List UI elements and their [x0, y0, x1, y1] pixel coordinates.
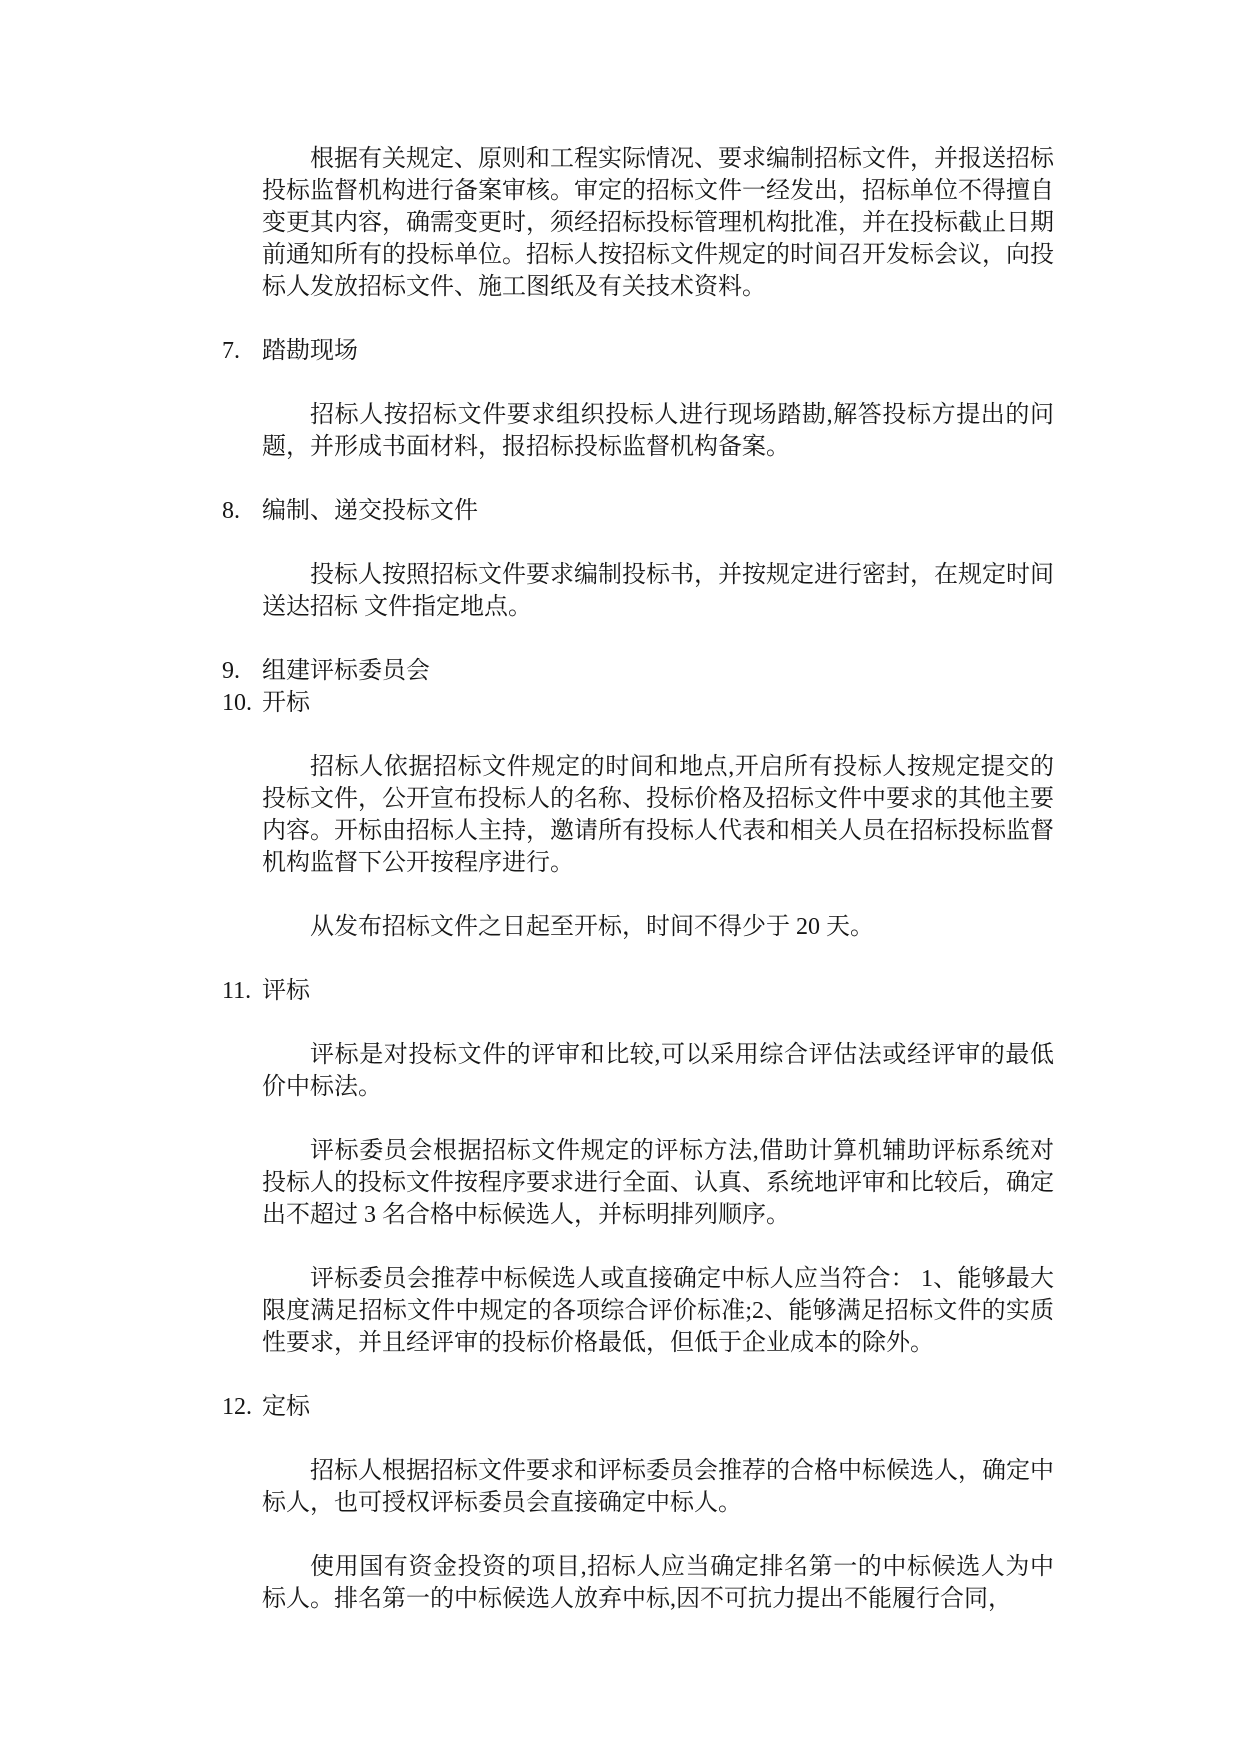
- section-8-title: 编制、递交投标文件: [262, 495, 478, 527]
- section-9-title: 组建评标委员会: [262, 655, 430, 687]
- section-10-paragraph-1: 招标人依据招标文件规定的时间和地点,开启所有投标人按规定提交的投标文件，公开宣布…: [262, 751, 1054, 879]
- section-7-number: 7.: [222, 335, 240, 367]
- section-12-title: 定标: [262, 1391, 310, 1423]
- section-8-heading: 8. 编制、递交投标文件: [262, 495, 1054, 527]
- section-10: 10. 开标 招标人依据招标文件规定的时间和地点,开启所有投标人按规定提交的投标…: [262, 687, 1054, 943]
- section-7-title: 踏勘现场: [262, 335, 358, 367]
- section-7: 7. 踏勘现场 招标人按招标文件要求组织投标人进行现场踏勘,解答投标方提出的问题…: [262, 335, 1054, 463]
- intro-paragraph: 根据有关规定、原则和工程实际情况、要求编制招标文件，并报送招标投标监督机构进行备…: [262, 143, 1054, 303]
- section-7-heading: 7. 踏勘现场: [262, 335, 1054, 367]
- document-content: 根据有关规定、原则和工程实际情况、要求编制招标文件，并报送招标投标监督机构进行备…: [262, 143, 1054, 1615]
- section-8-number: 8.: [222, 495, 240, 527]
- section-12-heading: 12. 定标: [262, 1391, 1054, 1423]
- section-12-number: 12.: [222, 1391, 252, 1423]
- section-9-number: 9.: [222, 655, 240, 687]
- section-9: 9. 组建评标委员会: [262, 655, 1054, 687]
- section-10-heading: 10. 开标: [262, 687, 1054, 719]
- section-12: 12. 定标 招标人根据招标文件要求和评标委员会推荐的合格中标候选人，确定中标人…: [262, 1391, 1054, 1615]
- section-9-heading: 9. 组建评标委员会: [262, 655, 1054, 687]
- section-11-paragraph-2: 评标委员会根据招标文件规定的评标方法,借助计算机辅助评标系统对投标人的投标文件按…: [262, 1135, 1054, 1231]
- section-11-heading: 11. 评标: [262, 975, 1054, 1007]
- section-8: 8. 编制、递交投标文件 投标人按照招标文件要求编制投标书，并按规定进行密封，在…: [262, 495, 1054, 623]
- section-12-paragraph-1: 招标人根据招标文件要求和评标委员会推荐的合格中标候选人，确定中标人，也可授权评标…: [262, 1455, 1054, 1519]
- section-11-number: 11.: [222, 975, 251, 1007]
- document-page: 根据有关规定、原则和工程实际情况、要求编制招标文件，并报送招标投标监督机构进行备…: [0, 0, 1241, 1754]
- section-10-title: 开标: [262, 687, 310, 719]
- section-10-paragraph-2: 从发布招标文件之日起至开标，时间不得少于 20 天。: [262, 911, 1054, 943]
- section-12-paragraph-2: 使用国有资金投资的项目,招标人应当确定排名第一的中标候选人为中标人。排名第一的中…: [262, 1551, 1054, 1615]
- section-11: 11. 评标 评标是对投标文件的评审和比较,可以采用综合评估法或经评审的最低价中…: [262, 975, 1054, 1359]
- section-7-paragraph-1: 招标人按招标文件要求组织投标人进行现场踏勘,解答投标方提出的问题，并形成书面材料…: [262, 399, 1054, 463]
- section-11-paragraph-1: 评标是对投标文件的评审和比较,可以采用综合评估法或经评审的最低价中标法。: [262, 1039, 1054, 1103]
- section-8-paragraph-1: 投标人按照招标文件要求编制投标书，并按规定进行密封，在规定时间送达招标 文件指定…: [262, 559, 1054, 623]
- section-11-paragraph-3: 评标委员会推荐中标候选人或直接确定中标人应当符合： 1、能够最大限度满足招标文件…: [262, 1263, 1054, 1359]
- section-11-title: 评标: [262, 975, 310, 1007]
- section-10-number: 10.: [222, 687, 252, 719]
